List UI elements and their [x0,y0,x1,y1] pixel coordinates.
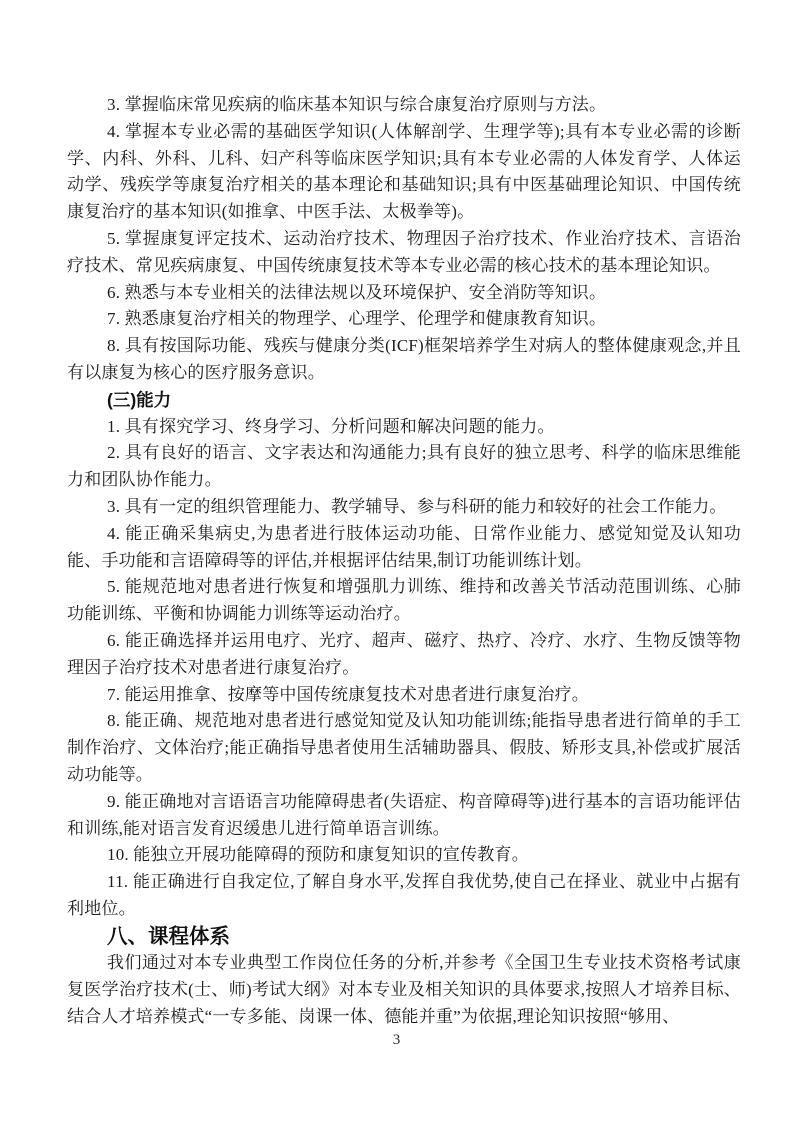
knowledge-item: 3. 掌握临床常见疾病的临床基本知识与综合康复治疗原则与方法。 [67,92,741,119]
ability-item: 2. 具有良好的语言、文字表达和沟通能力;具有良好的独立思考、科学的临床思维能力… [67,440,741,494]
knowledge-item: 7. 熟悉康复治疗相关的物理学、心理学、伦理学和健康教育知识。 [67,306,741,333]
knowledge-item: 4. 掌握本专业必需的基础医学知识(人体解剖学、生理学等);具有本专业必需的诊断… [67,119,741,226]
knowledge-item: 8. 具有按国际功能、残疾与健康分类(ICF)框架培养学生对病人的整体健康观念,… [67,333,741,387]
knowledge-item: 5. 掌握康复评定技术、运动治疗技术、物理因子治疗技术、作业治疗技术、言语治疗技… [67,226,741,280]
ability-item: 10. 能独立开展功能障碍的预防和康复知识的宣传教育。 [67,842,741,869]
ability-item: 8. 能正确、规范地对患者进行感觉知觉及认知功能训练;能指导患者进行简单的手工制… [67,708,741,788]
ability-item: 5. 能规范地对患者进行恢复和增强肌力训练、维持和改善关节活动范围训练、心肺功能… [67,574,741,628]
ability-item: 11. 能正确进行自我定位,了解自身水平,发挥自我优势,使自己在择业、就业中占据… [67,869,741,923]
ability-item: 9. 能正确地对言语语言功能障碍患者(失语症、构音障碍等)进行基本的言语功能评估… [67,789,741,843]
ability-section-heading: (三)能力 [67,387,741,414]
ability-item: 7. 能运用推拿、按摩等中国传统康复技术对患者进行康复治疗。 [67,682,741,709]
ability-item: 6. 能正确选择并运用电疗、光疗、超声、磁疗、热疗、冷疗、水疗、生物反馈等物理因… [67,628,741,682]
closing-paragraph: 我们通过对本专业典型工作岗位任务的分析,并参考《全国卫生专业技术资格考试康复医学… [67,950,741,1030]
curriculum-section-heading: 八、课程体系 [67,923,741,951]
ability-item: 4. 能正确采集病史,为患者进行肢体运动功能、日常作业能力、感觉知觉及认知功能、… [67,521,741,575]
knowledge-item: 6. 熟悉与本专业相关的法律法规以及环境保护、安全消防等知识。 [67,280,741,307]
document-text-block: 3. 掌握临床常见疾病的临床基本知识与综合康复治疗原则与方法。 4. 掌握本专业… [67,92,741,1031]
ability-item: 1. 具有探究学习、终身学习、分析问题和解决问题的能力。 [67,414,741,441]
ability-item: 3. 具有一定的组织管理能力、教学辅导、参与科研的能力和较好的社会工作能力。 [67,494,741,521]
page-number: 3 [0,1032,793,1049]
document-page: 3. 掌握临床常见疾病的临床基本知识与综合康复治疗原则与方法。 4. 掌握本专业… [0,0,793,1122]
